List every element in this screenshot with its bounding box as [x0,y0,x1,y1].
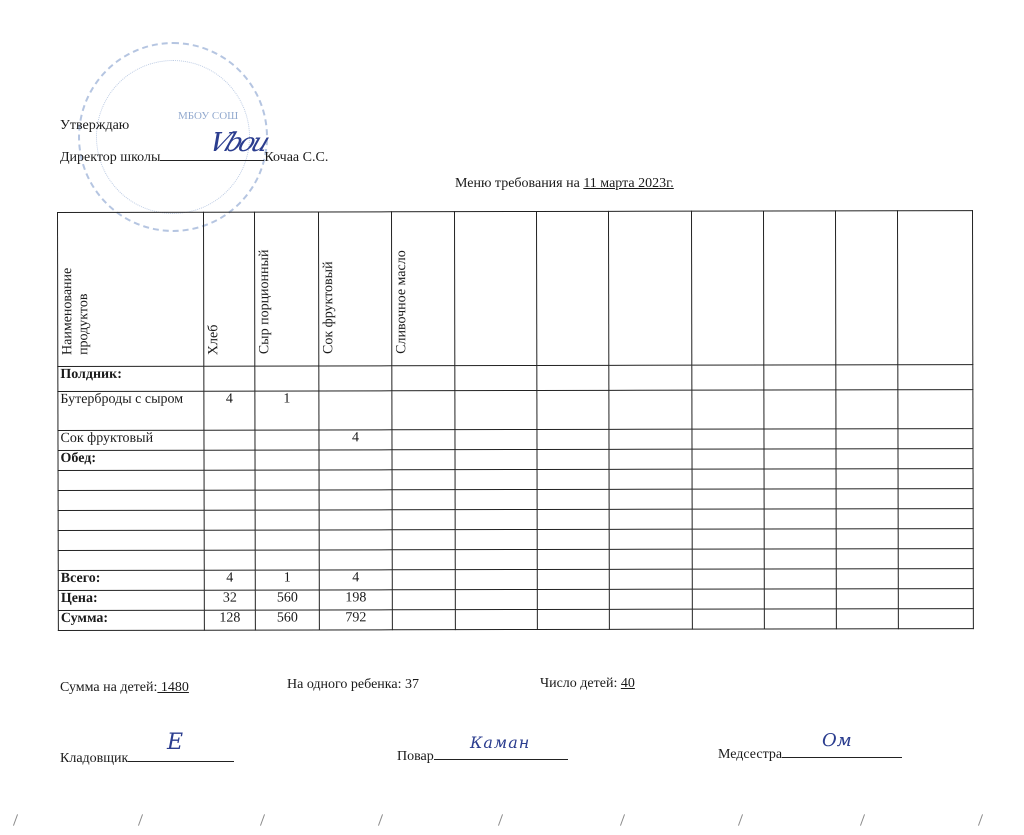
table-cell [392,590,455,610]
table-cell: 32 [204,590,255,610]
table-cell [392,570,455,590]
table-cell [836,549,898,569]
table-cell [898,489,973,509]
row-label: Всего: [58,570,204,590]
table-cell [537,469,609,489]
table-cell [392,450,455,470]
row-label: Обед: [58,450,204,470]
table-cell [609,549,692,569]
director-signature: Vbou [205,128,272,158]
table-cell [764,429,836,449]
table-cell [455,589,537,609]
table-cell [455,489,537,509]
table-row [58,489,973,511]
table-row [58,529,973,551]
table-cell [255,490,319,510]
table-cell [255,430,319,450]
table-cell [898,529,973,549]
table-cell [692,429,764,449]
table-cell [537,589,609,609]
table-cell [898,449,973,469]
row-label: Цена: [58,590,204,610]
row-label: Полдник: [58,366,204,391]
table-cell [204,510,255,530]
sum-value: 1480 [157,680,189,695]
table-cell [836,469,898,489]
table-row: Бутерброды с сыром41 [58,390,973,431]
director-label: Директор школы [60,150,160,165]
header-column: Сливочное масло [392,212,455,366]
table-cell [609,365,692,390]
table-cell [764,469,836,489]
title-prefix: Меню требования на [455,176,583,191]
table-cell [836,609,898,629]
table-cell [836,529,898,549]
row-label: Бутерброды с сыром [58,391,204,430]
table-row: Сумма:128560792 [58,609,973,631]
table-cell [609,429,692,449]
table-cell [537,549,609,569]
perforation-mark [978,814,983,826]
table-cell [609,489,692,509]
cook-signature: Каман [470,733,530,752]
children-count: Число детей: 40 [540,676,635,692]
perforation-mark [620,814,625,826]
header-column [835,211,897,365]
table-cell [609,589,692,609]
perforation-mark [378,814,383,826]
director-line: Директор школыКочаа С.С. [60,146,328,166]
table-cell [455,529,537,549]
nurse-signature: Ом [822,730,852,751]
table-cell [392,550,455,570]
table-cell [692,529,764,549]
table-cell [537,390,609,429]
table-cell [204,490,255,510]
table-cell [609,529,692,549]
table-cell [836,429,898,449]
table-cell [392,430,455,450]
table-cell [764,609,836,629]
table-cell: 792 [319,610,392,630]
table-cell [204,366,255,391]
table-cell [764,489,836,509]
table-cell [319,530,392,550]
table-cell [319,550,392,570]
table-cell [692,609,764,629]
header-column [537,211,609,365]
table-cell [455,609,537,629]
sum-for-children: Сумма на детей: 1480 [60,680,189,696]
nurse-label: Медсестра [718,747,782,762]
page-title: Меню требования на 11 марта 2023г. [455,176,674,192]
table-cell [898,549,973,569]
table-cell [692,365,764,390]
per-child: На одного ребенка: 37 [287,677,419,693]
table-cell [898,609,973,629]
table-cell [319,450,392,470]
table-cell [392,391,455,430]
table-cell [537,529,609,549]
table-cell: 4 [204,391,255,430]
table-cell [204,450,255,470]
table-cell [692,449,764,469]
table-row: Полдник: [58,365,973,392]
header-label: Наименование продуктов [60,237,92,361]
title-date: 11 марта 2023г. [583,176,673,191]
row-label: Сумма: [58,610,204,630]
table-row: Всего:414 [58,569,973,591]
approve-label: Утверждаю [60,118,129,134]
table-cell: 560 [255,590,319,610]
table-cell: 560 [255,610,319,630]
table-cell [537,429,609,449]
table-cell [692,589,764,609]
table-cell [692,390,764,429]
table-cell [764,509,836,529]
table-cell [255,510,319,530]
header-column [608,211,691,365]
nurse-line: Медсестра [718,743,902,763]
table-cell [392,610,455,630]
header-row: Наименование продуктовХлебСыр порционный… [58,211,973,367]
table-cell: 4 [319,570,392,590]
table-cell [392,530,455,550]
table-cell [255,450,319,470]
header-label: Сок фруктовый [321,254,337,361]
row-label [58,530,204,550]
table-cell [764,529,836,549]
table-cell [764,589,836,609]
table-cell [898,469,973,489]
table-cell [836,489,898,509]
table-cell [692,489,764,509]
menu-table: Наименование продуктовХлебСыр порционный… [57,210,974,631]
perforation-mark [498,814,503,826]
table-cell [392,510,455,530]
header-column [897,211,972,365]
table-cell [836,390,898,429]
row-label [58,510,204,530]
header-label: Сливочное масло [394,243,410,361]
table-cell: 4 [319,430,392,450]
table-cell [836,449,898,469]
table-cell [392,470,455,490]
perforation-mark [260,814,265,826]
table-cell [836,509,898,529]
table-cell [392,366,455,391]
table-cell [764,549,836,569]
table-cell [319,366,392,391]
storekeeper-signature: E [167,730,183,755]
table-cell [537,569,609,589]
per-child-label: На одного ребенка: [287,677,405,692]
table-cell [609,569,692,589]
table-cell [455,549,537,569]
table-cell [255,366,319,391]
table-cell: 198 [319,590,392,610]
table-cell [898,569,973,589]
table-cell [537,365,609,390]
table-cell: 128 [204,610,255,630]
table-row: Сок фруктовый4 [58,429,973,451]
row-label [58,550,204,570]
table-cell [898,589,973,609]
perforation-mark [860,814,865,826]
table-cell [455,365,537,390]
table-cell [204,430,255,450]
header-column [455,211,537,365]
director-name: Кочаа С.С. [264,150,328,165]
perforation-mark [138,814,143,826]
header-product-name: Наименование продуктов [58,212,204,366]
table-cell [692,509,764,529]
table-cell [692,569,764,589]
header-column [691,211,763,365]
table-cell [455,449,537,469]
table-cell [836,589,898,609]
table-cell [692,549,764,569]
table-cell [609,469,692,489]
table-cell [764,449,836,469]
table-row [58,509,973,531]
row-label [58,490,204,510]
table-cell [764,569,836,589]
table-cell [836,569,898,589]
table-cell: 1 [255,570,319,590]
table-cell [319,490,392,510]
table-cell [319,510,392,530]
table-row [58,469,973,491]
table-cell [204,550,255,570]
table-cell [204,530,255,550]
table-cell [537,509,609,529]
table-cell [609,509,692,529]
table-cell [319,470,392,490]
header-column: Сок фруктовый [319,212,392,366]
table-cell [609,390,692,429]
table-cell [764,365,836,390]
header-label: Хлеб [206,316,222,360]
table-cell [455,429,537,449]
table-cell [319,391,392,430]
table-cell: 1 [255,391,319,430]
table-cell [255,550,319,570]
header-label: Сыр порционный [257,242,273,361]
per-child-value: 37 [405,677,419,692]
row-label [58,470,204,490]
storekeeper-label: Кладовщик [60,751,128,766]
row-label: Сок фруктовый [58,430,204,450]
table-cell [255,530,319,550]
table-cell [255,470,319,490]
table-cell [609,609,692,629]
table-cell [898,365,973,390]
table-cell [898,429,973,449]
sum-label: Сумма на детей: [60,680,157,695]
table-cell [455,390,537,429]
table-cell [537,489,609,509]
table-row [58,549,973,571]
table-cell [455,509,537,529]
table-cell [898,390,973,429]
children-label: Число детей: [540,676,621,691]
children-value: 40 [621,676,635,691]
storekeeper-line: Кладовщик [60,747,234,767]
table-cell [609,449,692,469]
table-cell [455,469,537,489]
table-cell: 4 [204,570,255,590]
table-row: Цена:32560198 [58,589,973,611]
cook-label: Повар [397,749,434,764]
perforation-mark [13,814,18,826]
perforation-mark [738,814,743,826]
table-cell [392,490,455,510]
table-cell [537,609,609,629]
table-cell [204,470,255,490]
stamp-text: МБОУ СОШ [178,110,238,122]
table-cell [764,390,836,429]
header-column [763,211,835,365]
table-cell [455,569,537,589]
table-row: Обед: [58,449,973,471]
table-cell [537,449,609,469]
table-cell [836,365,898,390]
header-column: Хлеб [204,212,255,366]
table-cell [692,469,764,489]
header-column: Сыр порционный [255,212,319,366]
table-cell [898,509,973,529]
